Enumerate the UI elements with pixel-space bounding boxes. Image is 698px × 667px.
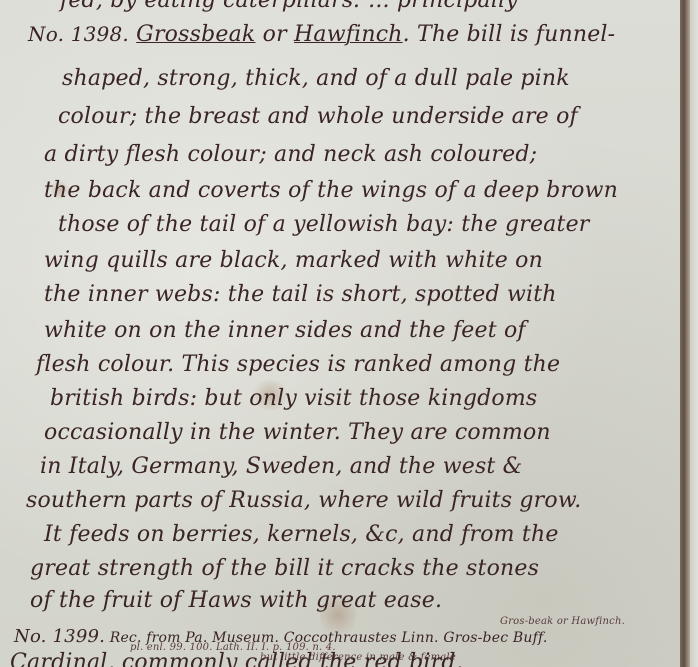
text-line: wing quills are black, marked with white…	[44, 248, 543, 273]
text-line: british birds: but only visit those king…	[50, 386, 537, 411]
entry-number: No. 1398.	[28, 22, 129, 46]
species-name-grossbeak: Grossbeak	[136, 22, 255, 47]
page-edge	[690, 0, 698, 667]
text-line: flesh colour. This species is ranked amo…	[36, 352, 560, 377]
next-entry-fragment: Cardinal, commonly called the red bird,	[10, 650, 463, 667]
top-fragment-line: fed, by eating caterpillars: ... princip…	[60, 0, 518, 13]
book-binding	[680, 0, 690, 667]
text-line: the back and coverts of the wings of a d…	[44, 178, 618, 203]
heading-rest: . The bill is funnel-	[403, 22, 616, 47]
entry-number: No. 1399.	[14, 626, 105, 647]
text-line: It feeds on berries, kernels, &c, and fr…	[44, 522, 559, 547]
manuscript-page: fed, by eating caterpillars: ... princip…	[0, 0, 680, 667]
text-line: those of the tail of a yellowish bay: th…	[58, 212, 590, 237]
text-line: a dirty flesh colour; and neck ash colou…	[44, 142, 537, 167]
species-name-hawfinch: Hawfinch	[294, 22, 403, 47]
text-line: the inner webs: the tail is short, spott…	[44, 282, 557, 307]
entry-1398-heading: No. 1398. Grossbeak or Hawfinch. The bil…	[28, 22, 615, 47]
annotation-hawfinch: Gros-beak or Hawfinch.	[500, 616, 625, 627]
text-line: colour; the breast and whole underside a…	[58, 104, 578, 129]
text-line: southern parts of Russia, where wild fru…	[26, 488, 581, 513]
text-line: shaped, strong, thick, and of a dull pal…	[62, 66, 570, 91]
text-line: great strength of the bill it cracks the…	[30, 556, 539, 581]
text-line: in Italy, Germany, Sweden, and the west …	[40, 454, 522, 479]
text-line: occasionally in the winter. They are com…	[44, 420, 551, 445]
connector: or	[263, 22, 287, 47]
text-line: white on on the inner sides and the feet…	[44, 318, 526, 343]
text-line: of the fruit of Haws with great ease.	[30, 588, 442, 613]
